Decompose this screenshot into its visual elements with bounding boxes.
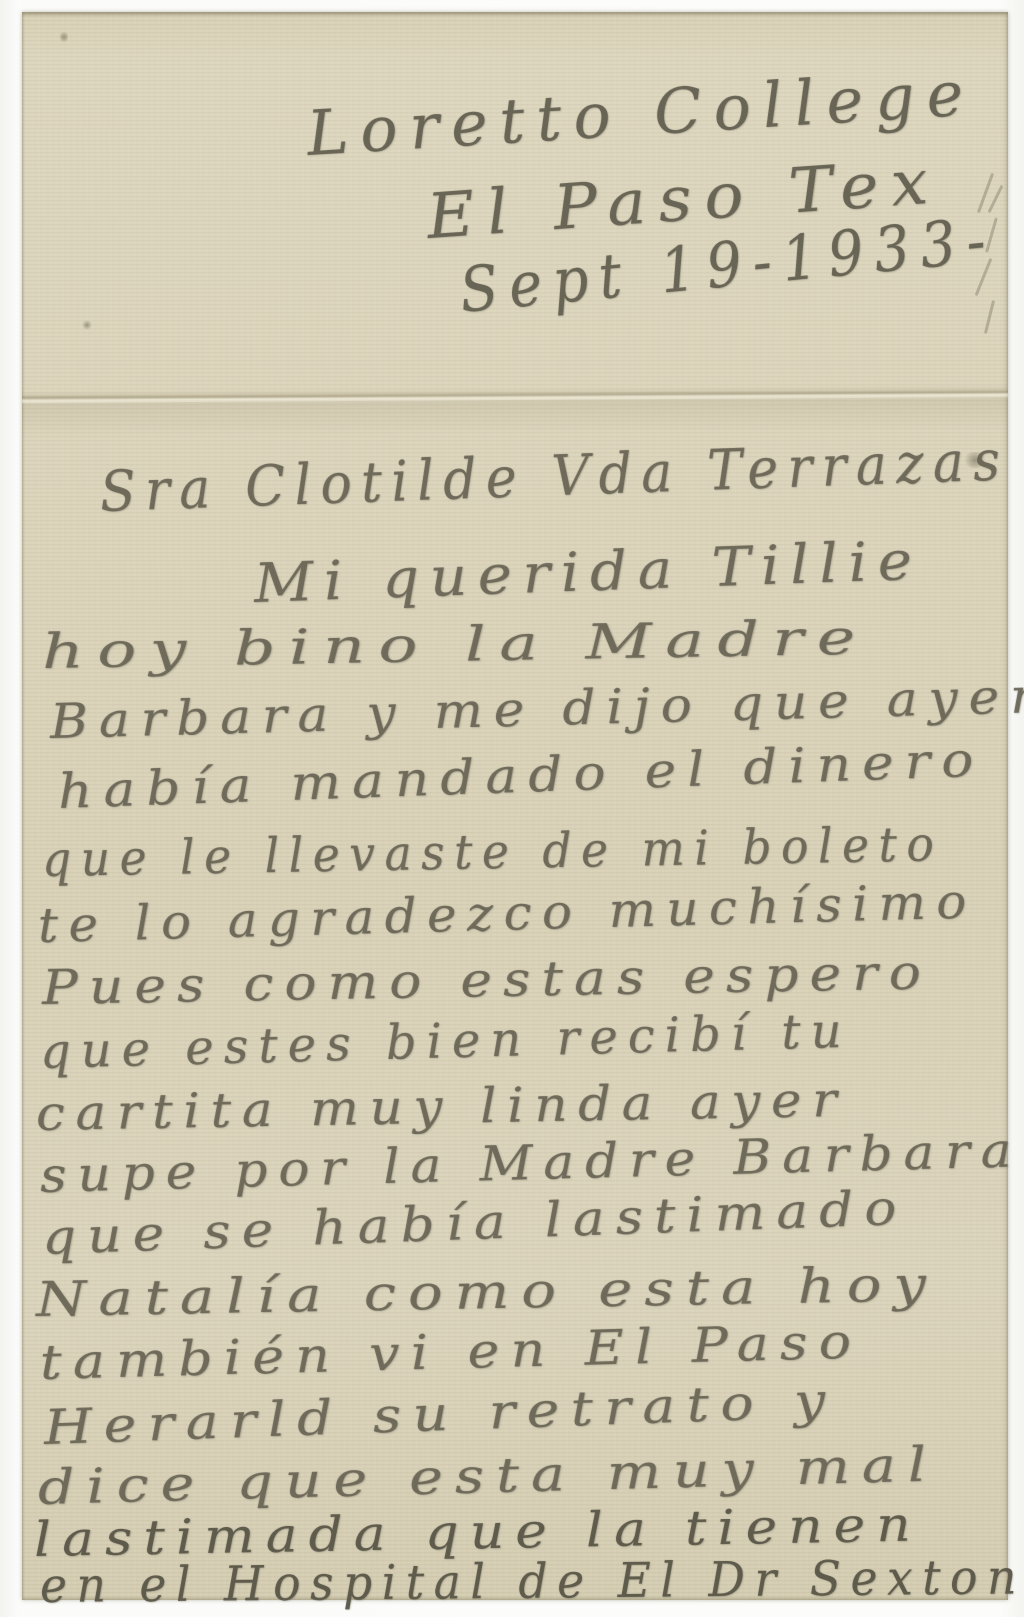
pencil-speck — [82, 320, 92, 330]
handwriting-line: que estes bien recibí tu — [39, 1003, 852, 1080]
handwriting-line: hoy bino la Madre — [42, 610, 870, 680]
handwriting-line: en el Hospital de El Dr Sexton — [40, 1549, 1024, 1614]
fold-shadow — [22, 397, 1008, 437]
pencil-stroke — [984, 300, 995, 334]
salutation-line: Mi querida Tillie — [253, 529, 924, 615]
letter-paper: Loretto College El Paso Tex Sept 19-1933… — [22, 12, 1008, 1600]
recipient-line: Sra Clotilde Vda Terrazas — [99, 428, 1010, 525]
pencil-speck — [60, 30, 68, 44]
